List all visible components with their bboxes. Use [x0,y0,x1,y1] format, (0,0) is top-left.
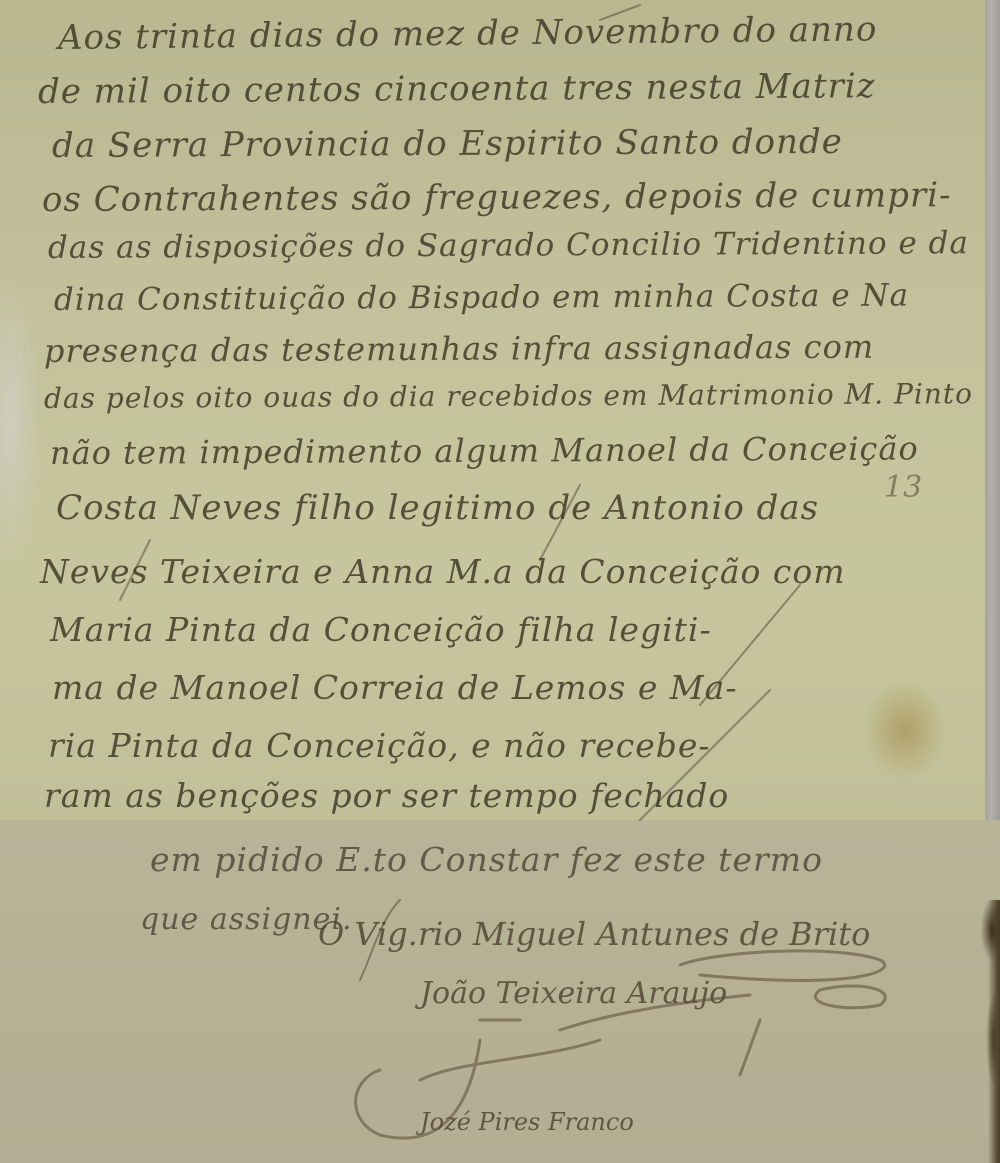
body-line: Costa Neves filho legitimo de Antonio da… [56,488,819,528]
body-line: os Contrahentes são freguezes, depois de… [42,175,952,220]
body-line: Neves Teixeira e Anna M.a da Conceição c… [40,552,846,591]
margin-mark: 13 [884,470,922,505]
closing-line: em pidido E.to Constar fez este termo [150,840,823,879]
body-line: da Serra Provincia do Espirito Santo don… [52,122,843,166]
body-line: de mil oito centos cincoenta tres nesta … [38,66,876,112]
body-line: ram as benções por ser tempo fechado [44,776,729,815]
page-edge [985,0,1000,820]
signature-vicar: O Vig.rio Miguel Antunes de Brito [318,915,870,953]
paper-damage [970,900,1000,1163]
body-line: ma de Manoel Correia de Lemos e Ma- [52,668,737,707]
body-line: Aos trinta dias do mez de Novembro do an… [58,9,878,58]
signature-witness-1: João Teixeira Araujo [420,976,727,1011]
body-line: presença das testemunhas infra assignada… [44,328,874,370]
signature-witness-2: Jozé Pires Franco [420,1108,634,1136]
body-line: ria Pinta da Conceição, e não recebe- [48,726,711,765]
body-line: das as disposições do Sagrado Concilio T… [48,225,969,266]
body-line: dina Constituição do Bispado em minha Co… [54,278,909,318]
body-line: não tem impedimento algum Manoel da Conc… [50,429,919,472]
body-line: Maria Pinta da Conceição filha legiti- [50,610,712,649]
body-line: das pelos oito ouas do dia recebidos em … [44,377,973,415]
